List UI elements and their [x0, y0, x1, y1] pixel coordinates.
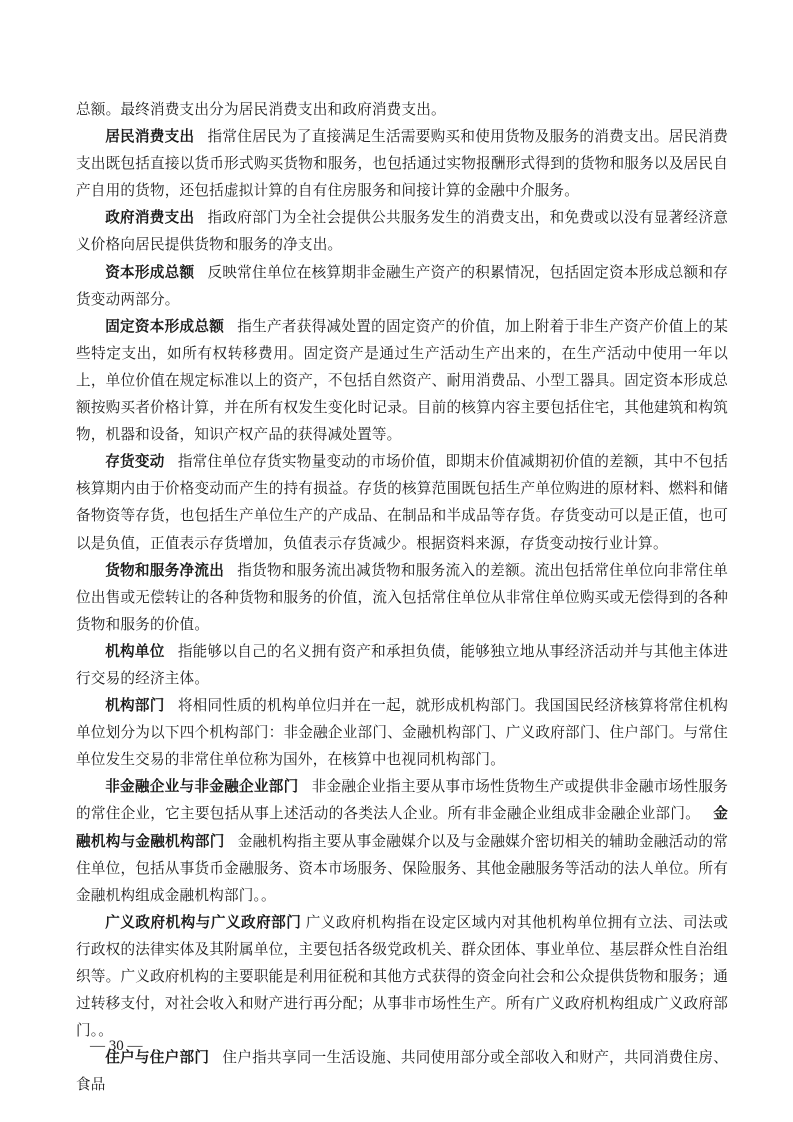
paragraph-household-consumption: 居民消费支出指常住居民为了直接满足生活需要购买和使用货物及服务的消费支出。居民消…	[76, 123, 728, 204]
document-body: 总额。最终消费支出分为居民消费支出和政府消费支出。 居民消费支出指常住居民为了直…	[76, 96, 728, 1098]
term-heading: 政府消费支出	[105, 209, 194, 226]
term-heading: 存货变动	[105, 453, 165, 470]
paragraph-text: 将相同性质的机构单位归并在一起，就形成机构部门。我国国民经济核算将常住机构单位划…	[76, 697, 728, 768]
term-heading: 广义政府机构与广义政府部门	[105, 914, 301, 931]
page-number: — 30 —	[90, 1038, 143, 1055]
paragraph-text: 指生产者获得减处置的固定资产的价值，加上附着于非生产资产价值上的某些特定支出，如…	[76, 318, 728, 443]
paragraph-nonfinancial-enterprise: 非金融企业与非金融企业部门非金融企业指主要从事市场性货物生产或提供非金融市场性服…	[76, 773, 728, 908]
paragraph-net-exports: 货物和服务净流出指货物和服务流出减货物和服务流入的差额。流出包括常住单位向非常住…	[76, 557, 728, 638]
paragraph-final-consumption-continuation: 总额。最终消费支出分为居民消费支出和政府消费支出。	[76, 96, 728, 123]
term-heading: 居民消费支出	[105, 128, 194, 145]
term-heading: 非金融企业与非金融企业部门	[105, 778, 298, 795]
term-heading: 资本形成总额	[105, 264, 194, 281]
paragraph-text: 总额。最终消费支出分为居民消费支出和政府消费支出。	[76, 101, 446, 118]
term-heading: 机构部门	[105, 697, 165, 714]
paragraph-gross-capital-formation: 资本形成总额反映常住单位在核算期非金融生产资产的积累情况，包括固定资本形成总额和…	[76, 259, 728, 313]
paragraph-gross-fixed-capital-formation: 固定资本形成总额指生产者获得减处置的固定资产的价值，加上附着于非生产资产价值上的…	[76, 313, 728, 448]
paragraph-text: 指能够以自己的名义拥有资产和承担负债，能够独立地从事经济活动并与其他主体进行交易…	[76, 643, 728, 687]
paragraph-household-sector: 住户与住户部门住户指共享同一生活设施、共同使用部分或全部收入和财产，共同消费住房…	[76, 1044, 728, 1098]
term-heading: 货物和服务净流出	[105, 562, 224, 579]
term-heading: 机构单位	[105, 643, 165, 660]
paragraph-institutional-unit: 机构单位指能够以自己的名义拥有资产和承担负债，能够独立地从事经济活动并与其他主体…	[76, 638, 728, 692]
paragraph-government-consumption: 政府消费支出指政府部门为全社会提供公共服务发生的消费支出，和免费或以没有显著经济…	[76, 204, 728, 258]
paragraph-institutional-sector: 机构部门将相同性质的机构单位归并在一起，就形成机构部门。我国国民经济核算将常住机…	[76, 692, 728, 773]
paragraph-general-government: 广义政府机构与广义政府部门广义政府机构指在设定区域内对其他机构单位拥有立法、司法…	[76, 909, 728, 1044]
term-heading: 固定资本形成总额	[105, 318, 224, 335]
paragraph-inventory-change: 存货变动指常住单位存货实物量变动的市场价值，即期末价值减期初价值的差额，其中不包…	[76, 448, 728, 556]
paragraph-text: 指常住单位存货实物量变动的市场价值，即期末价值减期初价值的差额，其中不包括核算期…	[76, 453, 728, 551]
paragraph-text: 广义政府机构指在设定区域内对其他机构单位拥有立法、司法或行政权的法律实体及其附属…	[76, 914, 728, 1039]
